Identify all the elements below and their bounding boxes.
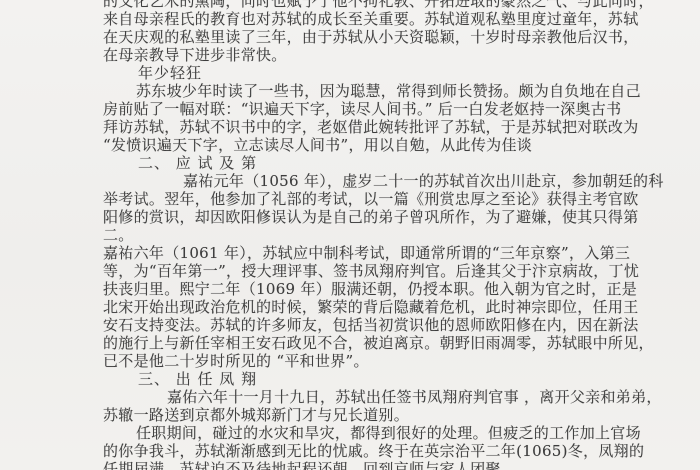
text-line: 在母亲教导下进步非常快。 (103, 46, 633, 64)
text-line: 扶丧归里。熙宁二年（1069 年）服满还朝，仍授本职。他入朝为官之时，正是 (103, 280, 633, 298)
section-heading-fengxiang: 三、 出 任 凤 翔 (103, 370, 633, 388)
section-heading-youth: 年少轻狂 (103, 64, 633, 82)
text-line: 等，为“百年第一”，授大理评事、签书凤翔府判官。后逢其父于汴京病故，丁忧 (103, 262, 633, 280)
text-line: 北宋开始出现政治危机的时候，繁荣的背后隐藏着危机，此时神宗即位，任用王 (103, 298, 633, 316)
text-line: “发愤识遍天下字，立志读尽人间书”，用以自勉，从此传为佳谈 (103, 136, 633, 154)
text-line: 任职期间，碰过的水灾和旱灾，都得到很好的处理。但疲乏的工作加上官场 (103, 424, 633, 442)
text-line: 的你争我斗，苏轼渐渐感到无比的忧戚。终于在英宗治平二年(1065)冬，凤翔的 (103, 442, 633, 460)
text-line: 安石支持变法。苏轼的许多师友，包括当初赏识他的恩师欧阳修在内，因在新法 (103, 316, 633, 334)
text-line: 苏东坡少年时读了一些书，因为聪慧，常得到师长赞扬。颇为自负地在自己 (103, 82, 633, 100)
text-line: 在天庆观的私塾里读了三年，由于苏轼从小天资聪颖，十岁时母亲教他后汉书， (103, 28, 633, 46)
text-line: 嘉佑六年十一月十九日，苏轼出任签书凤翔府判官事 ，离开父亲和弟弟， (103, 388, 633, 406)
text-line: 已不是他二十岁时所见的 “平和世界”。 (103, 352, 633, 370)
section-heading-exam: 二、 应 试 及 第 (103, 154, 633, 172)
text-line: 房前贴了一幅对联：“识遍天下字，读尽人间书。” 后一白发老妪持一深奥古书 (103, 100, 633, 118)
document-text-block: 的文化艺术的熏陶，同时也赋予了他不拘礼教、开拓进取的豪然之气、与此同时， 来自母… (103, 0, 633, 470)
text-line: 的施行上与新任宰相王安石政见不合，被迫离京。朝野旧雨凋零，苏轼眼中所见， (103, 334, 633, 352)
text-line: 嘉祐元年（1056 年），虚岁二十一的苏轼首次出川赴京，参加朝廷的科 (103, 172, 633, 190)
text-line: 二。 (103, 226, 633, 244)
text-line: 嘉祐六年（1061 年），苏轼应中制科考试，即通常所谓的“三年京察”，入第三 (103, 244, 633, 262)
text-line: 苏辙一路送到京都外城郑新门才与兄长道别。 (103, 406, 633, 424)
text-line: 来自母亲程氏的教育也对苏轼的成长至关重要。苏轼道观私塾里度过童年，苏轼 (103, 10, 633, 28)
scanned-document-page: 的文化艺术的熏陶，同时也赋予了他不拘礼教、开拓进取的豪然之气、与此同时， 来自母… (0, 0, 700, 470)
text-line: 拜访苏轼，苏轼不识书中的字，老妪借此婉转批评了苏轼，于是苏轼把对联改为 (103, 118, 633, 136)
text-line-clipped-bottom: 任期届满，苏轼迫不及待地起程还朝，回到京师与家人团聚。 (103, 460, 633, 470)
text-line: 阳修的赏识，却因欧阳修误认为是自己的弟子曾巩所作，为了避嫌，使其只得第 (103, 208, 633, 226)
text-line: 举考试。翌年，他参加了礼部的考试，以一篇《刑赏忠厚之至论》获得主考官欧 (103, 190, 633, 208)
text-line-clipped-top: 的文化艺术的熏陶，同时也赋予了他不拘礼教、开拓进取的豪然之气、与此同时， (103, 0, 633, 10)
